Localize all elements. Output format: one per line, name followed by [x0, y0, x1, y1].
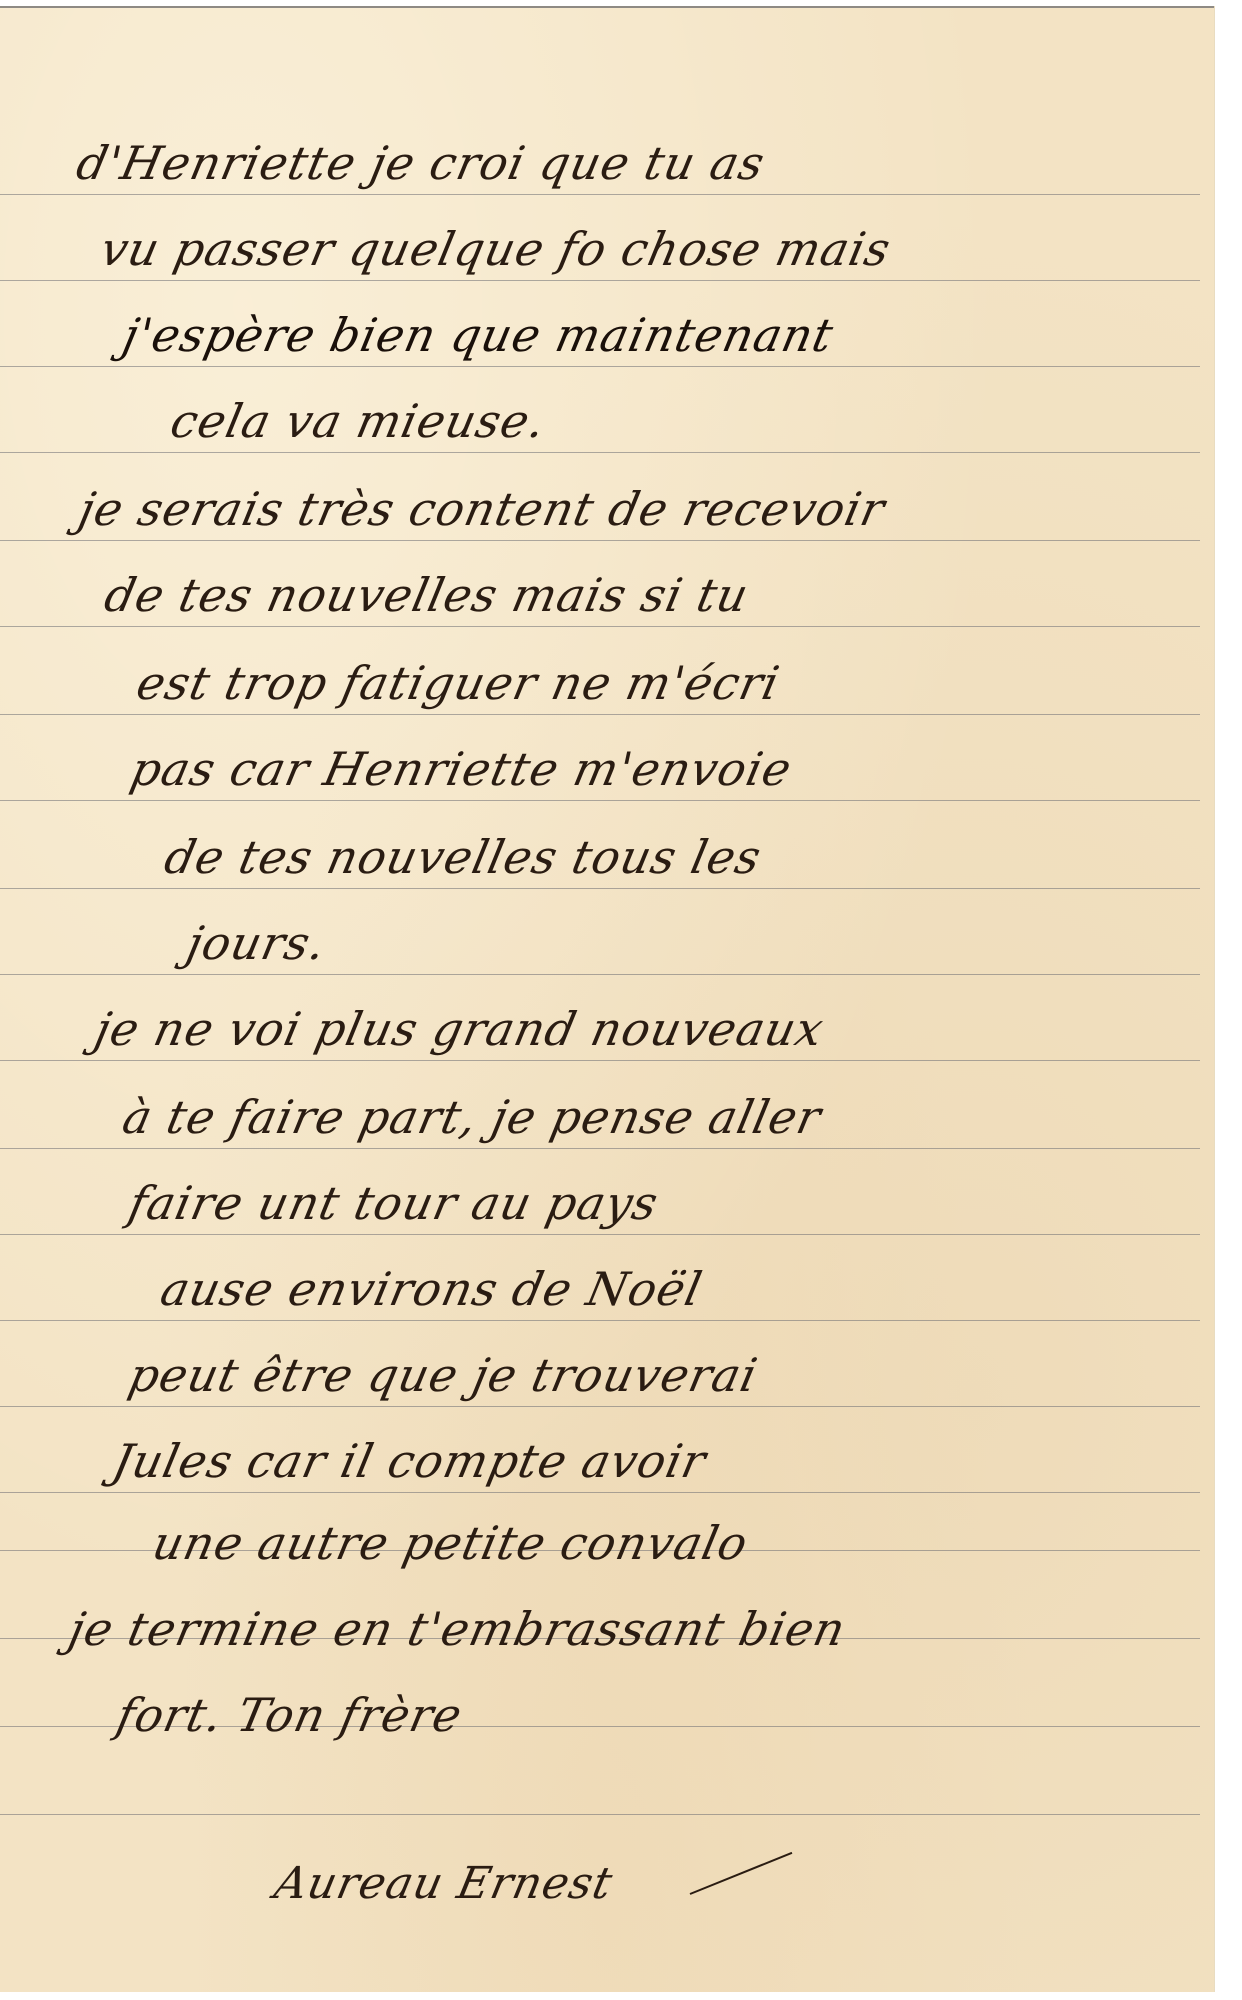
letter-line: vu passer quelque fo chose mais [96, 222, 896, 276]
ruled-line [0, 1814, 1200, 1815]
letter-line: j'espère bien que maintenant [118, 308, 839, 362]
letter-line: ause environs de Noël [156, 1262, 707, 1316]
ruled-line [0, 800, 1200, 801]
ruled-line [0, 1148, 1200, 1149]
ruled-line [0, 366, 1200, 367]
signature-flourish [690, 1852, 793, 1895]
letter-line: de tes nouvelles mais si tu [100, 568, 754, 622]
letter-line: Jules car il compte avoir [108, 1434, 711, 1488]
ruled-line [0, 626, 1200, 627]
ruled-line [0, 1492, 1200, 1493]
ruled-line [0, 714, 1200, 715]
letter-line: je serais très content de recevoir [74, 482, 890, 536]
ruled-line [0, 452, 1200, 453]
ruled-line [0, 280, 1200, 281]
ruled-line [0, 1060, 1200, 1061]
ruled-line [0, 1234, 1200, 1235]
letter-line: fort. Ton frère [112, 1688, 467, 1742]
letter-line: cela va mieuse. [166, 394, 551, 448]
ruled-line [0, 974, 1200, 975]
letter-line: je termine en t'embrassant bien [64, 1602, 851, 1656]
letter-line: peut être que je trouverai [124, 1348, 763, 1402]
letter-line: est trop fatiguer ne m'écri [132, 656, 785, 710]
letter-line: à te faire part, je pense aller [118, 1090, 826, 1144]
letter-line: une autre petite convalo [148, 1516, 753, 1570]
signature: Aureau Ernest [270, 1858, 617, 1909]
letter-line: de tes nouvelles tous les [160, 830, 766, 884]
ruled-line [0, 540, 1200, 541]
letter-line: pas car Henriette m'envoie [126, 742, 797, 796]
letter-line: d'Henriette je croi que tu as [72, 136, 770, 190]
letter-line: faire unt tour au pays [124, 1176, 663, 1230]
letter-line: jours. [182, 916, 331, 970]
ruled-line [0, 1406, 1200, 1407]
letter-paper: d'Henriette je croi que tu as vu passer … [0, 6, 1214, 1992]
ruled-line [0, 1320, 1200, 1321]
ruled-line [0, 194, 1200, 195]
letter-line: je ne voi plus grand nouveaux [90, 1002, 829, 1056]
ruled-line [0, 888, 1200, 889]
